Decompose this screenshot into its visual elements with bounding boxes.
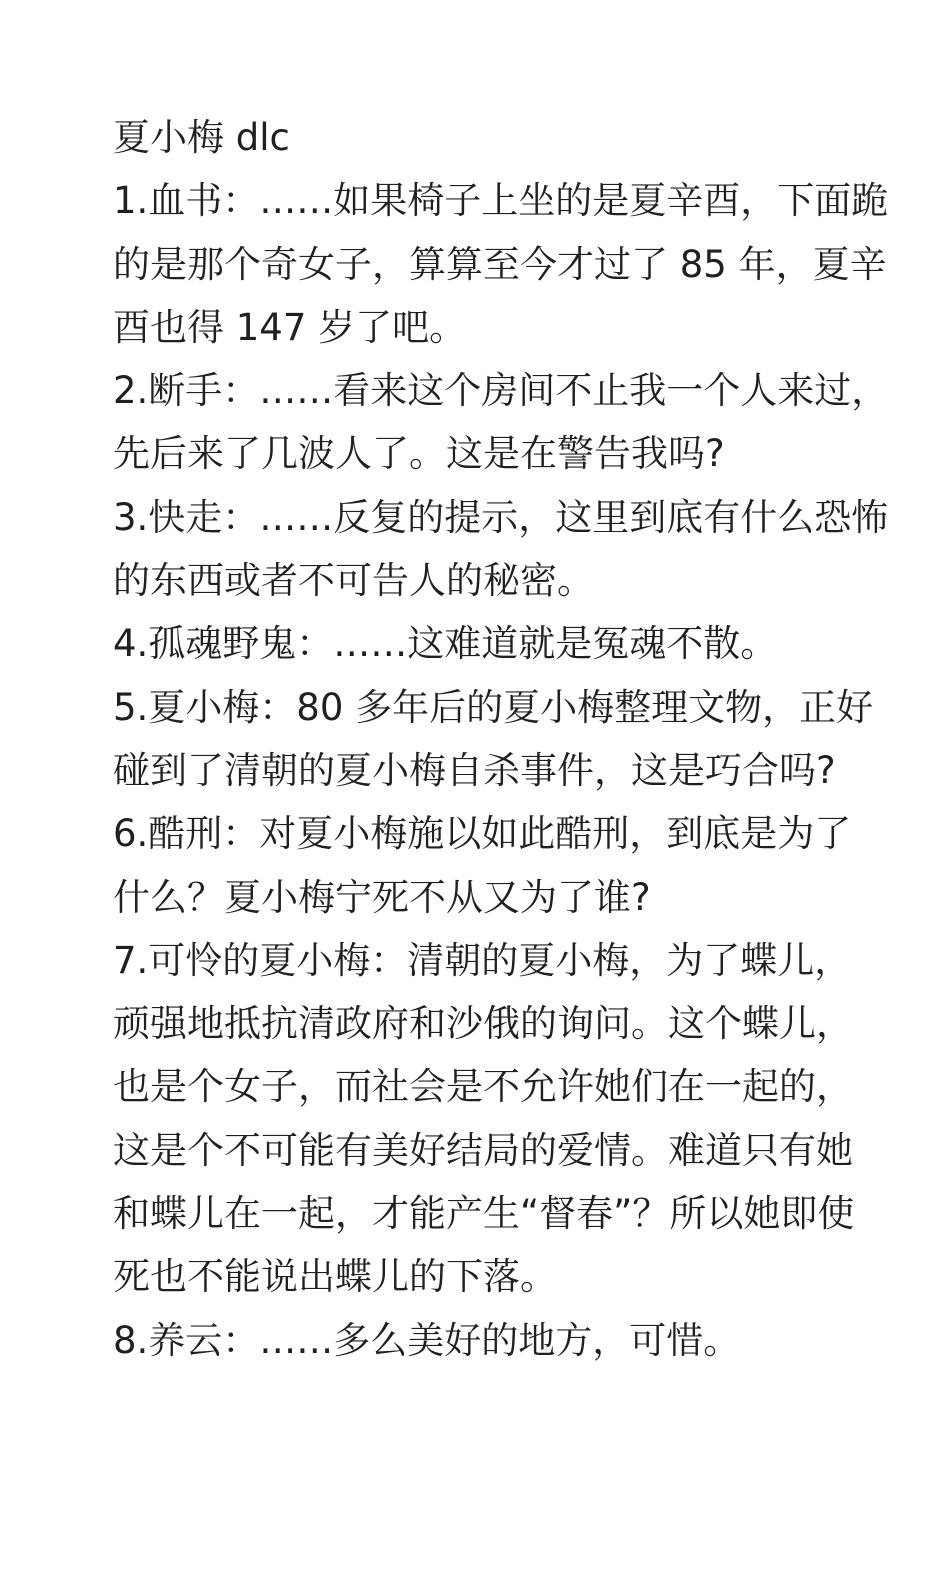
note-document: 夏小梅 dlc 1.血书：……如果椅子上坐的是夏辛酉，下面跪 的是那个奇女子，算… <box>0 0 942 1579</box>
text-line: 7.可怜的夏小梅：清朝的夏小梅，为了蝶儿， <box>113 929 892 992</box>
text-line: 顽强地抵抗清政府和沙俄的询问。这个蝶儿， <box>113 992 892 1055</box>
text-line: 死也不能说出蝶儿的下落。 <box>113 1245 892 1308</box>
note-title: 夏小梅 dlc <box>113 106 892 169</box>
text-line: 和蝶儿在一起，才能产生“督春”？所以她即使 <box>113 1182 892 1245</box>
text-line: 3.快走：……反复的提示，这里到底有什么恐怖 <box>113 486 892 549</box>
text-line: 什么？夏小梅宁死不从又为了谁? <box>113 866 892 929</box>
text-line: 8.养云：……多么美好的地方，可惜。 <box>113 1309 892 1372</box>
text-line: 也是个女子，而社会是不允许她们在一起的， <box>113 1055 892 1118</box>
text-line: 的东西或者不可告人的秘密。 <box>113 549 892 612</box>
text-line: 碰到了清朝的夏小梅自杀事件，这是巧合吗? <box>113 739 892 802</box>
text-line: 1.血书：……如果椅子上坐的是夏辛酉，下面跪 <box>113 169 892 232</box>
text-line: 5.夏小梅：80 多年后的夏小梅整理文物，正好 <box>113 676 892 739</box>
text-line: 4.孤魂野鬼：……这难道就是冤魂不散。 <box>113 612 892 675</box>
text-line: 的是那个奇女子，算算至今才过了 85 年，夏辛 <box>113 233 892 296</box>
text-line: 2.断手：……看来这个房间不止我一个人来过， <box>113 359 892 422</box>
text-line: 酉也得 147 岁了吧。 <box>113 296 892 359</box>
text-line: 先后来了几波人了。这是在警告我吗? <box>113 422 892 485</box>
text-line: 6.酷刑：对夏小梅施以如此酷刑，到底是为了 <box>113 802 892 865</box>
text-line: 这是个不可能有美好结局的爱情。难道只有她 <box>113 1119 892 1182</box>
